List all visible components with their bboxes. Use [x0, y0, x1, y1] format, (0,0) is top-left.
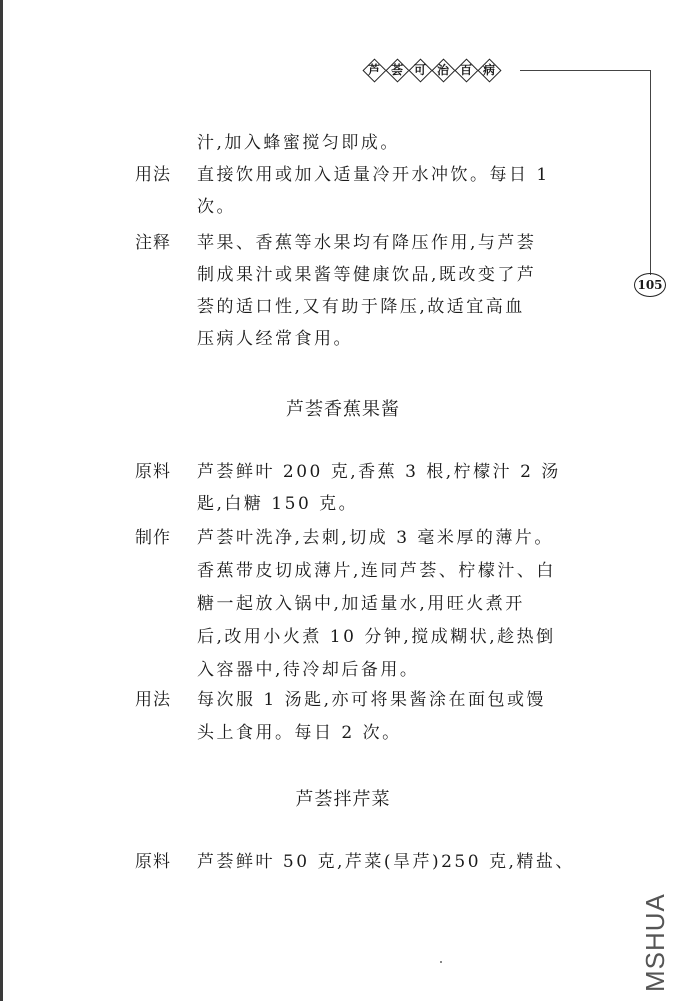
entry-text-line: 入容器中,待冷却后备用。: [197, 654, 582, 686]
entry-label: 用法: [135, 684, 197, 716]
header-diamond-char: 百: [454, 58, 478, 82]
entry-text-line: 荟的适口性,又有助于降压,故适宜高血: [197, 291, 582, 323]
entry-label: 原料: [135, 846, 197, 878]
usage-entry: 用法 直接饮用或加入适量冷开水冲饮。每日 1: [135, 159, 582, 191]
method-tail-line: 汁,加入蜂蜜搅匀即成。: [197, 127, 582, 159]
header-diamond-char: 芦: [362, 58, 386, 82]
header-diamond-char: 治: [431, 58, 455, 82]
entry-text-line: 每次服 1 汤匙,亦可将果酱涂在面包或馒: [197, 684, 582, 716]
entry-text-line: 制成果汁或果酱等健康饮品,既改变了芦: [197, 259, 582, 291]
margin-rule: [650, 70, 651, 275]
recipe-title: 芦荟香蕉果酱: [0, 395, 686, 421]
page-left-border: [0, 0, 3, 1001]
recipe-title: 芦荟拌芹菜: [0, 785, 686, 811]
header-diamond-char: 病: [477, 58, 501, 82]
entry-label: 原料: [135, 456, 197, 488]
scan-speck: [440, 961, 442, 963]
entry-label: 注释: [135, 227, 197, 259]
entry-text-line: 糖一起放入锅中,加适量水,用旺火煮开: [197, 588, 582, 620]
header-diamond-char: 可: [408, 58, 432, 82]
entry-text-line: 头上食用。每日 2 次。: [197, 717, 582, 749]
entry-text-line: 芦荟叶洗净,去刺,切成 3 毫米厚的薄片。: [197, 522, 582, 554]
ingredients-entry: 原料 芦荟鲜叶 200 克,香蕉 3 根,柠檬汁 2 汤: [135, 456, 582, 488]
preparation-entry: 制作 芦荟叶洗净,去刺,切成 3 毫米厚的薄片。: [135, 522, 582, 554]
header-rule: [520, 70, 650, 71]
entry-text-line: 芦荟鲜叶 50 克,芹菜(旱芹)250 克,精盐、: [197, 846, 582, 878]
entry-text-line: 直接饮用或加入适量冷开水冲饮。每日 1: [197, 159, 582, 191]
entry-text-line: 芦荟鲜叶 200 克,香蕉 3 根,柠檬汁 2 汤: [197, 456, 582, 488]
entry-text-line: 苹果、香蕉等水果均有降压作用,与芦荟: [197, 227, 582, 259]
running-header-title: 芦 荟 可 治 百 病: [362, 58, 500, 82]
entry-label: 用法: [135, 159, 197, 191]
ingredients-entry: 原料 芦荟鲜叶 50 克,芹菜(旱芹)250 克,精盐、: [135, 846, 582, 878]
header-diamond-char: 荟: [385, 58, 409, 82]
usage-entry: 用法 每次服 1 汤匙,亦可将果酱涂在面包或馒: [135, 684, 582, 716]
entry-label: 制作: [135, 522, 197, 554]
watermark-text: MSHUA: [640, 893, 671, 992]
entry-text-line: 次。: [197, 191, 582, 223]
entry-text-line: 匙,白糖 150 克。: [197, 488, 582, 520]
note-entry: 注释 苹果、香蕉等水果均有降压作用,与芦荟: [135, 227, 582, 259]
entry-text-line: 压病人经常食用。: [197, 323, 582, 355]
entry-text-line: 后,改用小火煮 10 分钟,搅成糊状,趁热倒: [197, 621, 582, 653]
page-number-badge: 105: [634, 273, 666, 297]
entry-text-line: 香蕉带皮切成薄片,连同芦荟、柠檬汁、白: [197, 555, 582, 587]
